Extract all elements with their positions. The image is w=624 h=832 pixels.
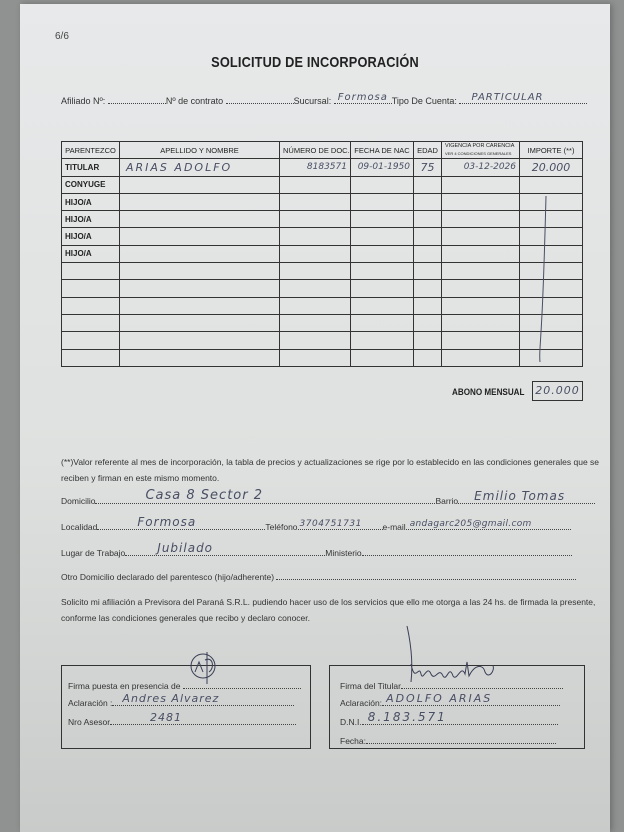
ministerio-label: Ministerio — [325, 548, 361, 558]
vigencia-subheader: VER 4 CONDICIONES GENERALES — [445, 150, 516, 157]
cell-importe[interactable] — [520, 263, 583, 280]
cell-edad[interactable] — [414, 280, 442, 297]
cell-fecha-nac[interactable] — [351, 280, 414, 297]
cell-vigencia[interactable] — [442, 211, 520, 228]
cell-fecha-nac[interactable] — [351, 176, 414, 193]
cell-nombre[interactable] — [120, 193, 280, 210]
col-edad: EDAD — [414, 142, 442, 159]
cell-doc[interactable] — [280, 263, 351, 280]
price-note: (**)Valor referente al mes de incorporac… — [61, 454, 601, 486]
cell-doc[interactable] — [280, 193, 351, 210]
cell-edad[interactable] — [414, 245, 442, 262]
cell-importe[interactable] — [520, 332, 583, 349]
cell-parentezco: TITULAR — [62, 159, 120, 176]
cell-nombre[interactable] — [120, 280, 280, 297]
holder-signature-icon — [405, 624, 515, 684]
cell-nombre[interactable] — [120, 314, 280, 331]
lugar-trabajo-field[interactable]: Jubilado — [125, 546, 325, 556]
cell-importe[interactable] — [520, 297, 583, 314]
table-row: HIJO/A — [62, 245, 583, 262]
cell-edad[interactable] — [414, 297, 442, 314]
form-page: 6/6 SOLICITUD DE INCORPORACIÓN Afiliado … — [20, 4, 610, 832]
lugar-trabajo-label: Lugar de Trabajo — [61, 548, 125, 558]
barrio-label: Barrio — [435, 496, 458, 506]
cell-vigencia[interactable] — [442, 193, 520, 210]
cell-parentezco: HIJO/A — [62, 228, 120, 245]
cell-fecha-nac[interactable] — [351, 349, 414, 366]
holder-aclaracion-field[interactable]: ADOLFO ARIAS — [382, 695, 560, 706]
cell-fecha-nac[interactable] — [351, 211, 414, 228]
cell-fecha-nac[interactable] — [351, 228, 414, 245]
cell-vigencia[interactable] — [442, 176, 520, 193]
sucursal-field[interactable]: Formosa — [334, 94, 392, 104]
abono-mensual-value[interactable]: 20.000 — [532, 381, 583, 401]
cell-doc[interactable] — [280, 332, 351, 349]
table-row — [62, 297, 583, 314]
page-number: 6/6 — [55, 31, 69, 42]
cell-nombre[interactable] — [120, 349, 280, 366]
cell-doc[interactable] — [280, 211, 351, 228]
cell-doc[interactable] — [280, 176, 351, 193]
cell-parentezco — [62, 332, 120, 349]
email-field[interactable]: andagarc205@gmail.com — [406, 520, 571, 530]
cell-edad[interactable] — [414, 349, 442, 366]
advisor-asesor-field[interactable]: 2481 — [110, 714, 296, 725]
cell-vigencia[interactable] — [442, 228, 520, 245]
cell-fecha-nac[interactable] — [351, 193, 414, 210]
header-fields: Afiliado Nº: Nº de contrato Sucursal: Fo… — [61, 94, 587, 106]
localidad-label: Localidad — [61, 522, 97, 532]
cell-edad[interactable] — [414, 228, 442, 245]
cell-edad[interactable] — [414, 193, 442, 210]
cell-doc[interactable] — [280, 245, 351, 262]
cell-doc[interactable]: 8183571 — [280, 159, 351, 176]
cell-doc[interactable] — [280, 280, 351, 297]
lugar-trabajo-row: Lugar de TrabajoJubiladoMinisterio — [61, 546, 572, 558]
cell-doc[interactable] — [280, 228, 351, 245]
cell-importe[interactable] — [520, 314, 583, 331]
cell-vigencia[interactable] — [442, 297, 520, 314]
email-label: e-mail — [383, 522, 406, 532]
col-nombre: APELLIDO Y NOMBRE — [120, 142, 280, 159]
cell-edad[interactable]: 75 — [414, 159, 442, 176]
holder-dni-field[interactable]: 8.183.571 — [362, 714, 558, 725]
table-row — [62, 332, 583, 349]
advisor-aclaracion-field[interactable]: Andres Alvarez — [112, 695, 294, 706]
otro-domicilio-label: Otro Domicilio declarado del parentesco … — [61, 572, 274, 582]
domicilio-row: DomicilioCasa 8 Sector 2BarrioEmilio Tom… — [61, 494, 595, 506]
contrato-label: Nº de contrato — [166, 96, 223, 106]
domicilio-field[interactable]: Casa 8 Sector 2 — [95, 494, 435, 504]
col-importe: IMPORTE (**) — [520, 142, 583, 159]
cell-nombre[interactable] — [120, 245, 280, 262]
cell-importe[interactable] — [520, 193, 583, 210]
table-row — [62, 314, 583, 331]
cell-fecha-nac[interactable]: 09-01-1950 — [351, 159, 414, 176]
cell-nombre[interactable] — [120, 332, 280, 349]
cell-importe[interactable] — [520, 349, 583, 366]
cell-parentezco — [62, 280, 120, 297]
cell-doc[interactable] — [280, 297, 351, 314]
abono-mensual-label: ABONO MENSUAL — [452, 387, 524, 397]
cell-parentezco — [62, 314, 120, 331]
cell-vigencia[interactable] — [442, 263, 520, 280]
advisor-signature-icon — [185, 650, 225, 686]
cell-parentezco — [62, 349, 120, 366]
domicilio-label: Domicilio — [61, 496, 95, 506]
cell-edad[interactable] — [414, 263, 442, 280]
cell-nombre[interactable]: ARIAS ADOLFO — [120, 159, 280, 176]
cell-parentezco: HIJO/A — [62, 211, 120, 228]
cell-importe[interactable] — [520, 176, 583, 193]
holder-dni-row: D.N.I.8.183.571 — [340, 714, 558, 727]
col-fecha-nac: FECHA DE NAC — [351, 142, 414, 159]
otro-domicilio-row: Otro Domicilio declarado del parentesco … — [61, 570, 576, 582]
table-row: HIJO/A — [62, 228, 583, 245]
cell-vigencia[interactable] — [442, 349, 520, 366]
declaration-text: Solicito mi afiliación a Previsora del P… — [61, 594, 601, 626]
cell-vigencia[interactable] — [442, 280, 520, 297]
cell-doc[interactable] — [280, 314, 351, 331]
cell-nombre[interactable] — [120, 211, 280, 228]
afiliado-field[interactable] — [108, 94, 166, 104]
cell-nombre[interactable] — [120, 263, 280, 280]
cell-importe[interactable] — [520, 280, 583, 297]
cell-fecha-nac[interactable] — [351, 332, 414, 349]
cell-nombre[interactable] — [120, 176, 280, 193]
sucursal-label: Sucursal: — [294, 96, 332, 106]
telefono-label: Teléfono — [265, 522, 297, 532]
cell-vigencia[interactable]: 03-12-2026 — [442, 159, 520, 176]
holder-aclaracion-row: Aclaración:ADOLFO ARIAS — [340, 695, 560, 708]
cell-edad[interactable] — [414, 332, 442, 349]
cell-vigencia[interactable] — [442, 332, 520, 349]
cell-edad[interactable] — [414, 211, 442, 228]
localidad-field[interactable]: Formosa — [97, 520, 265, 530]
cell-importe[interactable] — [520, 245, 583, 262]
advisor-aclaracion-row: Aclaración :Andres Alvarez — [68, 695, 294, 708]
col-vigencia: VIGENCIA POR CARENCIA VER 4 CONDICIONES … — [442, 142, 520, 159]
cell-parentezco — [62, 297, 120, 314]
strike-line-icon — [536, 194, 550, 364]
afiliado-label: Afiliado Nº: — [61, 96, 105, 106]
cell-parentezco — [62, 263, 120, 280]
cell-fecha-nac[interactable] — [351, 263, 414, 280]
table-row: HIJO/A — [62, 211, 583, 228]
table-row — [62, 263, 583, 280]
cell-parentezco: HIJO/A — [62, 193, 120, 210]
table-header-row: PARENTEZCO APELLIDO Y NOMBRE NÚMERO DE D… — [62, 142, 583, 159]
members-table: PARENTEZCO APELLIDO Y NOMBRE NÚMERO DE D… — [61, 141, 583, 367]
col-doc: NÚMERO DE DOC. — [280, 142, 351, 159]
cell-vigencia[interactable] — [442, 245, 520, 262]
telefono-field[interactable]: 3704751731 — [298, 520, 383, 530]
localidad-row: LocalidadFormosaTeléfono3704751731e-mail… — [61, 520, 571, 532]
contrato-field[interactable] — [226, 94, 294, 104]
barrio-field[interactable]: Emilio Tomas — [458, 494, 595, 504]
table-row — [62, 349, 583, 366]
cell-importe[interactable]: 20.000 — [520, 159, 583, 176]
cell-fecha-nac[interactable] — [351, 314, 414, 331]
table-row: CONYUGE — [62, 176, 583, 193]
cell-edad[interactable] — [414, 176, 442, 193]
cell-importe[interactable] — [520, 228, 583, 245]
form-title: SOLICITUD DE INCORPORACIÓN — [64, 54, 566, 71]
col-parentezco: PARENTEZCO — [62, 142, 120, 159]
tipo-cuenta-label: Tipo De Cuenta: — [392, 96, 457, 106]
holder-fecha-field[interactable] — [366, 733, 556, 744]
table-row: HIJO/A — [62, 193, 583, 210]
cell-fecha-nac[interactable] — [351, 245, 414, 262]
table-row — [62, 280, 583, 297]
holder-fecha-row: Fecha: — [340, 733, 556, 746]
cell-edad[interactable] — [414, 314, 442, 331]
cell-vigencia[interactable] — [442, 314, 520, 331]
cell-fecha-nac[interactable] — [351, 297, 414, 314]
cell-nombre[interactable] — [120, 228, 280, 245]
cell-importe[interactable] — [520, 211, 583, 228]
cell-parentezco: CONYUGE — [62, 176, 120, 193]
advisor-asesor-row: Nro Asesor2481 — [68, 714, 296, 727]
table-row: TITULARARIAS ADOLFO818357109-01-19507503… — [62, 159, 583, 176]
otro-domicilio-field[interactable] — [276, 570, 576, 580]
cell-parentezco: HIJO/A — [62, 245, 120, 262]
tipo-cuenta-field[interactable]: PARTICULAR — [459, 94, 587, 104]
cell-doc[interactable] — [280, 349, 351, 366]
ministerio-field[interactable] — [362, 546, 572, 556]
cell-nombre[interactable] — [120, 297, 280, 314]
